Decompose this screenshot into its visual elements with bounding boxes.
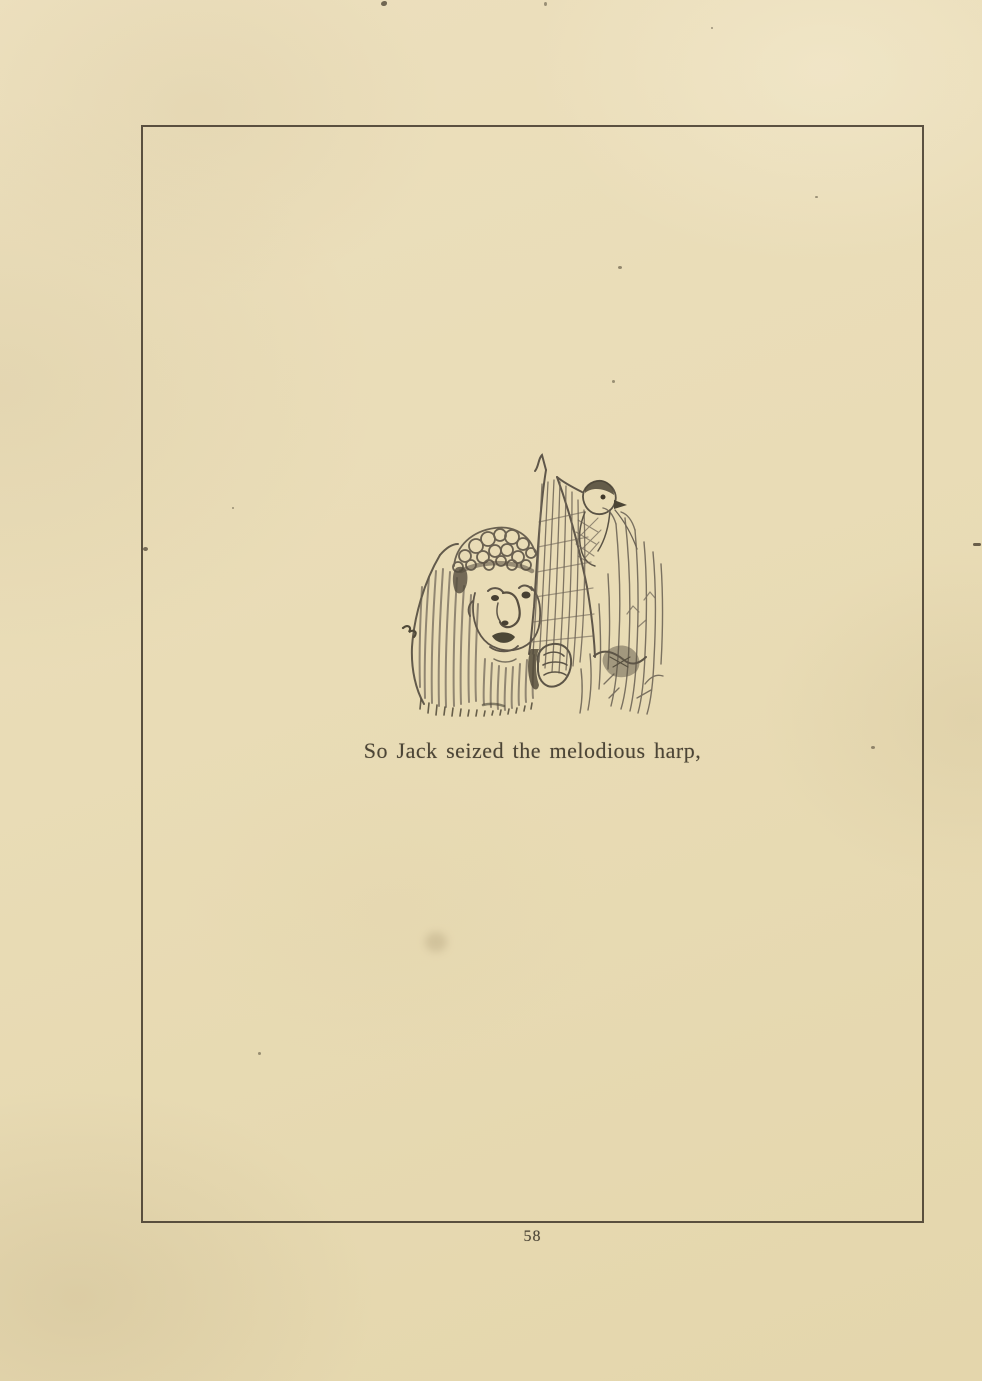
ink-speck (711, 27, 713, 29)
page-border-frame: So Jack seized the melodious harp, (141, 125, 924, 1223)
caption-text: So Jack seized the melodious harp, (143, 739, 922, 763)
right-eye (522, 592, 531, 599)
leaf-cluster (603, 646, 640, 678)
body-outline (412, 544, 458, 704)
illustration-jack-seizing-harp (398, 452, 668, 717)
body-hatching (420, 569, 534, 710)
nostril (502, 621, 509, 626)
ink-speck (544, 2, 547, 6)
left-eye (491, 595, 499, 601)
ink-speck (973, 543, 981, 546)
mouth (492, 632, 515, 643)
page-number: 58 (141, 1228, 924, 1246)
sideburn-shadow (453, 567, 468, 594)
fist (528, 644, 571, 690)
